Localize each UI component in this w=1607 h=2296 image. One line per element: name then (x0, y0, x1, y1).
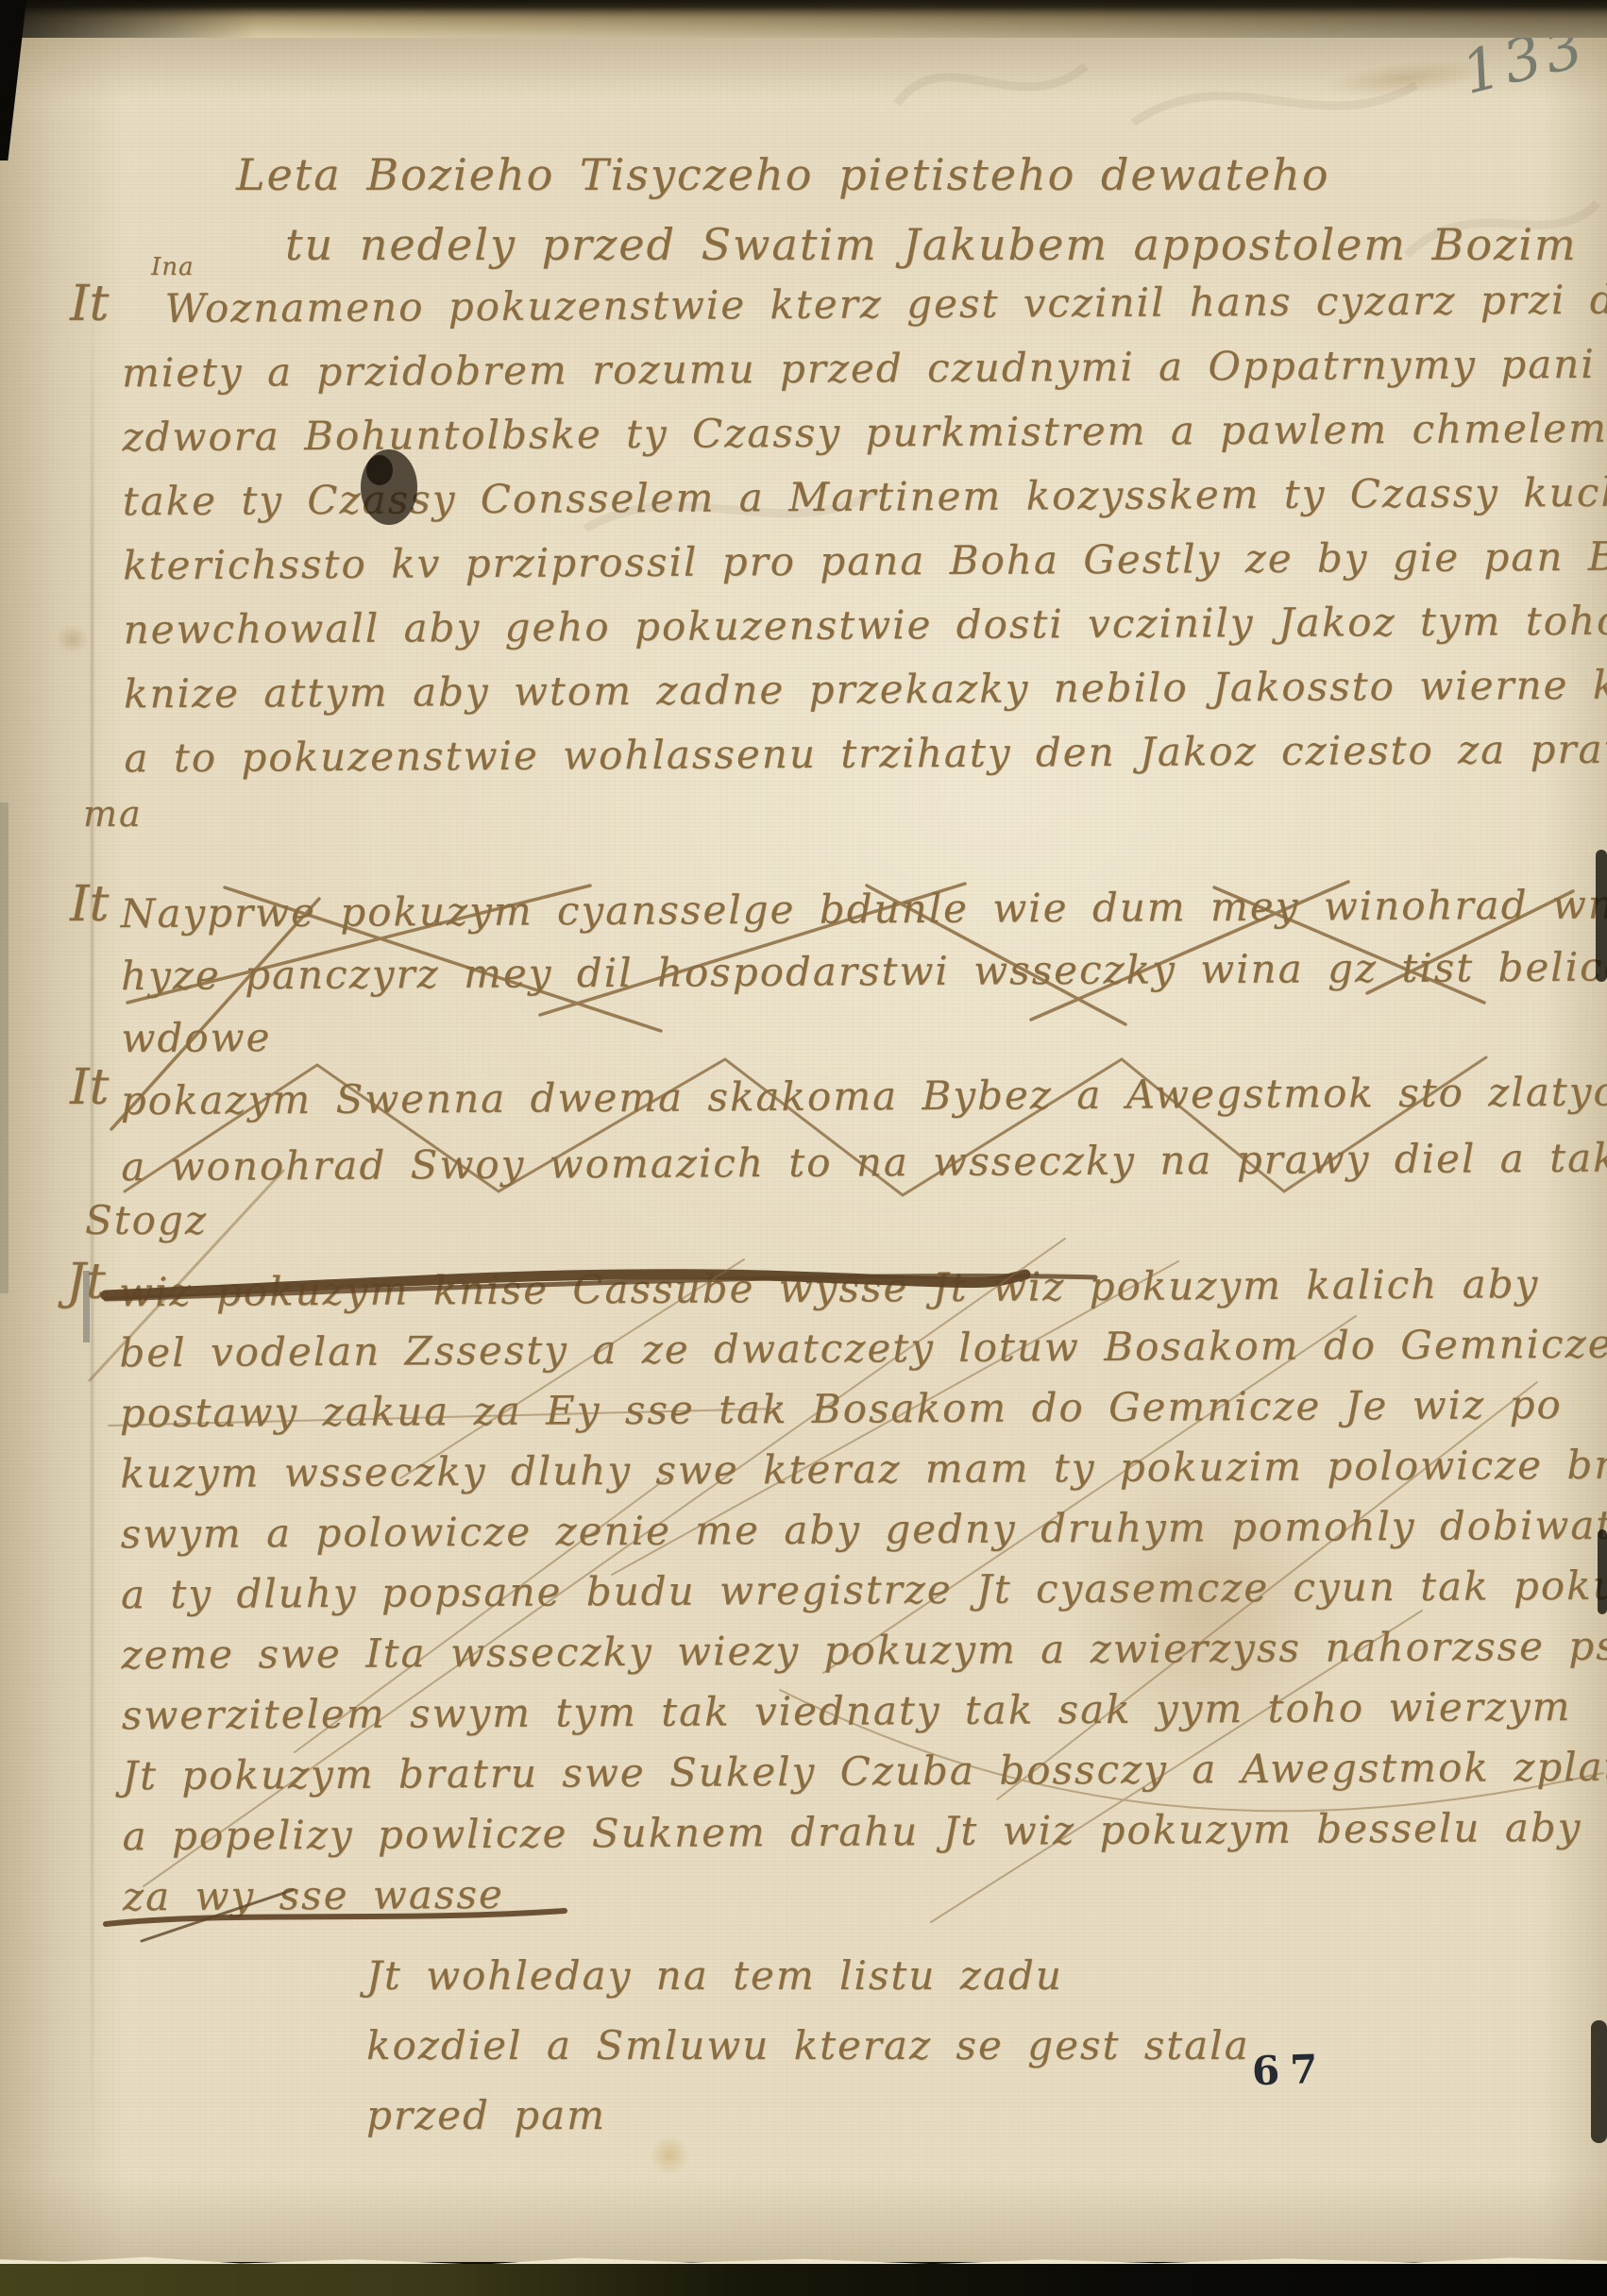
text-line: Jt wohleday na tem listu zadu (366, 1941, 1250, 2011)
paragraph-1: Woznameno pokuzenstwie kterz gest vczini… (121, 267, 1607, 791)
text-line: newchowall aby geho pokuzenstwie dosti v… (123, 588, 1607, 663)
text-line-struck: za wy sse wasse (123, 1857, 1607, 1928)
foxing-spot (57, 625, 89, 653)
margin-word: Stogz (85, 1197, 208, 1243)
archive-page-stamp: 67 (1251, 2046, 1328, 2095)
text-line-struck: pokazym Swenna dwema skakoma Bybez a Awe… (121, 1058, 1607, 1135)
text-line: kterichssto kv prziprossil pro pana Boha… (123, 524, 1607, 599)
text-line-struck: swerzitelem swym tym tak viednaty tak sa… (122, 1676, 1607, 1747)
text-line-struck: a popelizy powlicze Suknem drahu Jt wiz … (122, 1797, 1607, 1867)
torn-edge-right (1598, 1529, 1607, 1614)
item-marker: It (70, 1059, 109, 1116)
text-line-struck: kuzym wsseczky dluhy swe kteraz mam ty p… (120, 1434, 1607, 1505)
page-edges-shadow (0, 0, 1607, 38)
text-line-struck: wiz pokuzym knise Cassube wysse Jt wiz p… (119, 1253, 1607, 1324)
heading: Leta Bozieho Tisyczeho pietisteho dewate… (236, 140, 1578, 279)
manuscript-scan: 133 Leta Bozieho Tisyczeho pietisteho de… (0, 0, 1607, 2296)
margin-word: ma (83, 793, 143, 835)
text-line: przed pam (366, 2081, 1250, 2151)
page-edge-left (0, 802, 8, 1293)
paragraph-3-struck: pokazym Swenna dwema skakoma Bybez a Awe… (121, 1058, 1607, 1201)
text-line-struck: hyze panczyrz mey dil hospodarstwi wssec… (121, 936, 1607, 1007)
text-line: a to pokuzenstwie wohlassenu trzihaty de… (124, 717, 1607, 791)
text-line: take ty Czassy Consselem a Martinem kozy… (123, 460, 1607, 534)
text-line-struck: swym a polowicze zenie me aby gedny druh… (120, 1494, 1607, 1565)
text-line-struck: a ty dluhy popsane budu wregistrze Jt cy… (121, 1555, 1607, 1626)
text-line: zdwora Bohuntolbske ty Czassy purkmistre… (122, 396, 1607, 470)
text-line-struck: bel vodelan Zssesty a ze dwatczety lotuw… (119, 1313, 1607, 1384)
torn-edge-right (1591, 2020, 1607, 2143)
text-line-struck: Jt pokuzym bratru swe Sukely Czuba bossc… (122, 1736, 1607, 1807)
paragraph-2-struck: Nayprwe pokuzym cyansselge bdunle wie du… (120, 873, 1607, 1070)
text-line: knize attym aby wtom zadne przekazky neb… (124, 652, 1607, 727)
closing-note: Jt wohleday na tem listu zadu kozdiel a … (366, 1941, 1250, 2151)
text-line-struck: postawy zakua za Ey sse tak Bosakom do G… (120, 1374, 1607, 1444)
text-line-struck: Nayprwe pokuzym cyansselge bdunle wie du… (120, 873, 1607, 945)
text-line: miety a przidobrem rozumu przed czudnymi… (122, 331, 1607, 406)
text-line-struck: wdowe (121, 998, 1607, 1070)
item-marker: Jt (66, 1254, 106, 1310)
item-marker: It (70, 276, 109, 332)
item-marker: It (70, 876, 109, 933)
text-line-struck: a wonohrad Swoy womazich to na wsseczky … (121, 1124, 1607, 1201)
scan-background-bottom (0, 2264, 1607, 2296)
text-line: Woznameno pokuzenstwie kterz gest vczini… (121, 267, 1607, 342)
text-line: kozdiel a Smluwu kteraz se gest stala (366, 2011, 1250, 2081)
text-line-struck: zeme swe Ita wsseczky wiezy pokuzym a zw… (121, 1615, 1607, 1686)
torn-edge-right (1596, 850, 1607, 982)
paragraph-4-struck: wiz pokuzym knise Cassube wysse Jt wiz p… (119, 1253, 1607, 1928)
heading-line: Leta Bozieho Tisyczeho pietisteho dewate… (236, 140, 1578, 210)
